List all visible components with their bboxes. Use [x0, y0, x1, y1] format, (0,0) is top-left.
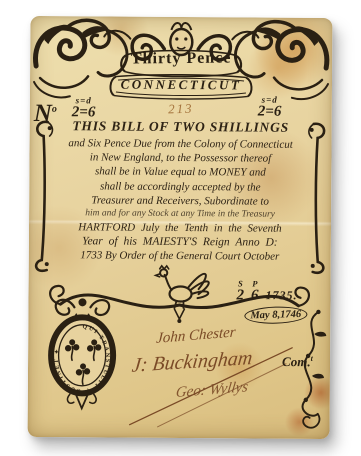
denomination-fraction-left: s=d 2=6	[72, 96, 96, 120]
rooster-icon	[155, 266, 208, 308]
obligation-text-block: THIS BILL OF TWO SHILLINGS and Six Pence…	[49, 118, 312, 264]
endorsement-date: May 8,1746	[244, 306, 307, 325]
obligation-line: 1733 By Order of the General Court Octob…	[49, 249, 311, 265]
obligation-line: THIS BILL OF TWO SHILLINGS	[50, 118, 312, 136]
svg-text:QUI TRANSTULIT ✦ SUSTINET ✦: QUI TRANSTULIT ✦ SUSTINET ✦	[53, 324, 110, 395]
colonial-currency-note: Thirty Pence CONNECTICUT 213 No s=d 2=6 …	[28, 16, 333, 439]
committee-label: Com.t	[282, 354, 313, 371]
denomination-script-title: Thirty Pence	[30, 48, 332, 69]
obligation-line: him and for any Stock at any Time in the…	[49, 207, 311, 222]
plate-year: 1735.	[265, 288, 297, 302]
endorsement-date-loop: May 8,1746	[244, 304, 307, 323]
obligation-line: in New England, to the Possessor thereof	[49, 150, 311, 166]
seal-motto: QUI TRANSTULIT ✦ SUSTINET ✦	[53, 324, 110, 395]
signature-john-chester: John Chester	[156, 324, 236, 348]
pence-mark: P 6	[251, 279, 259, 303]
signature-block: John Chester J: Buckingham Geo: Wyllys	[114, 323, 325, 424]
colony-name: CONNECTICUT	[30, 76, 332, 94]
signature-wyllys: Geo: Wyllys	[175, 379, 249, 402]
signature-buckingham: J: Buckingham	[131, 347, 254, 378]
denomination-fraction-right: s=d 2=6	[258, 96, 282, 120]
shillings-mark: S 2	[236, 279, 244, 303]
scanned-currency-note-page: Thirty Pence CONNECTICUT 213 No s=d 2=6 …	[0, 0, 361, 456]
plate-denomination-marks: S 2 P 6 1735.	[236, 279, 297, 303]
grape-vines-icon	[65, 339, 102, 384]
